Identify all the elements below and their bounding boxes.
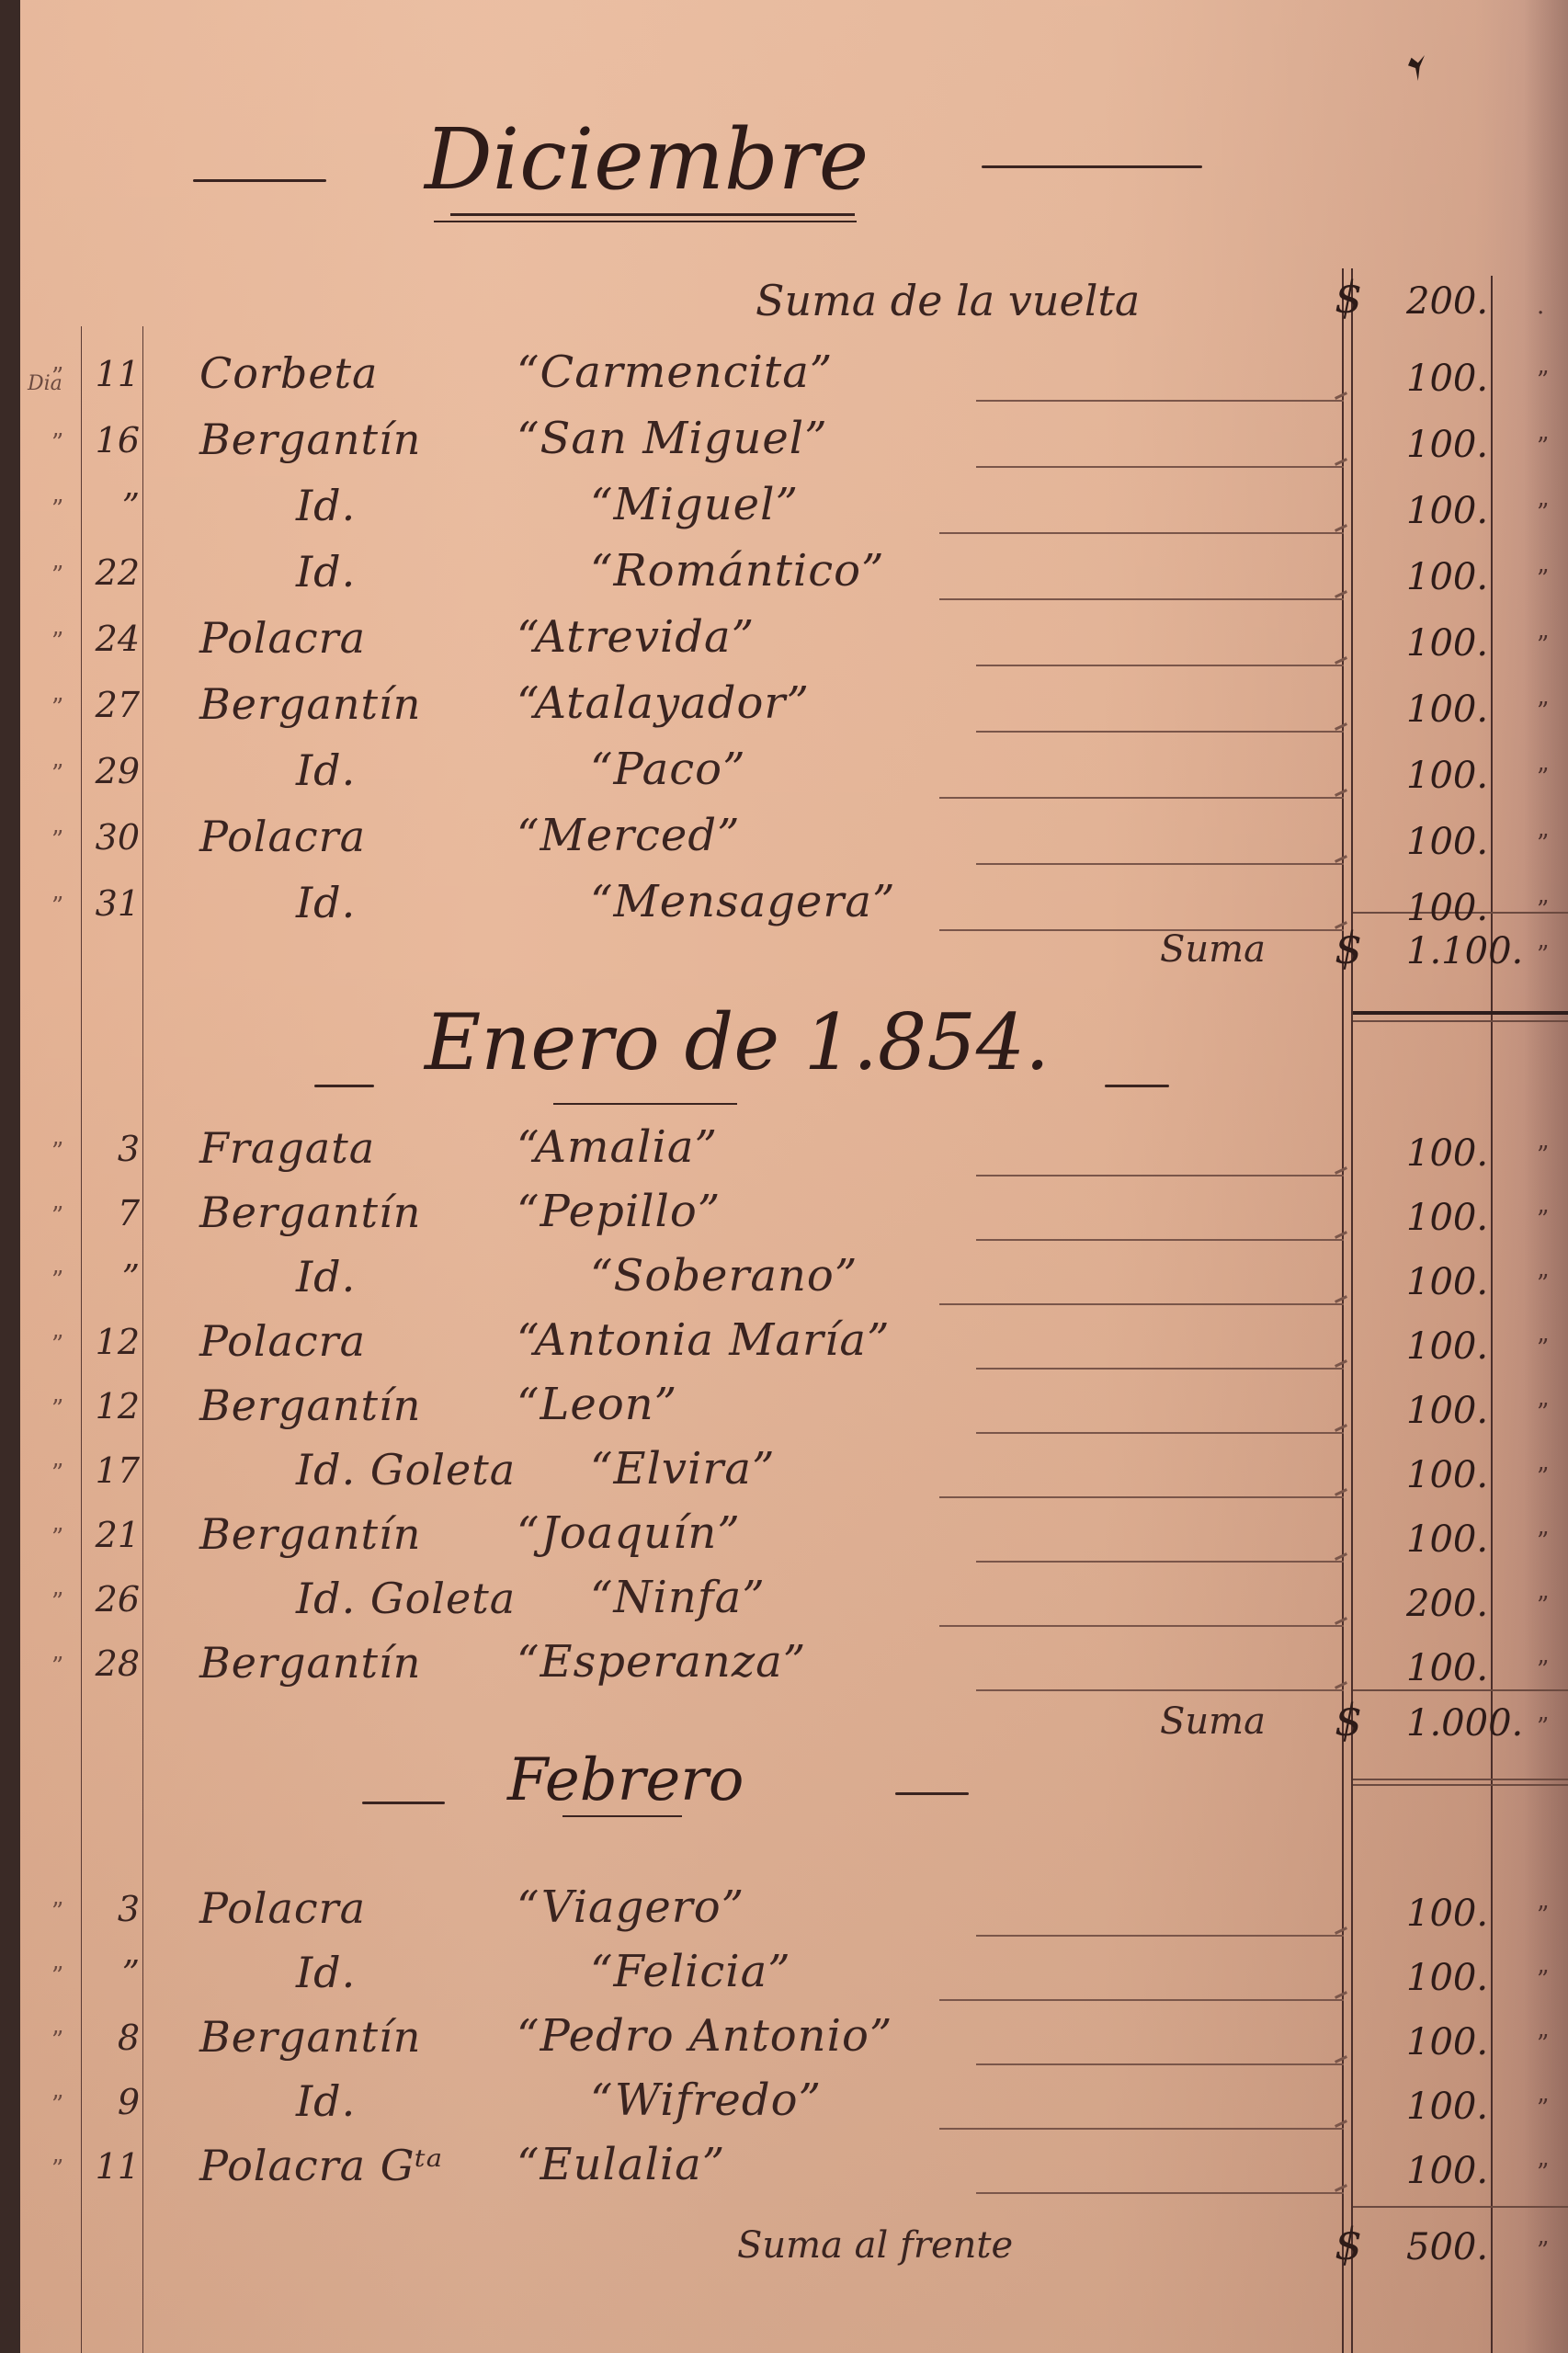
vessel-name: “Pepillo”	[517, 1186, 721, 1237]
currency-tick	[1335, 1991, 1347, 1999]
entry-fill-line	[976, 1689, 1344, 1691]
vessel-type: Id.	[296, 1252, 356, 1302]
vessel-type: Id. Goleta	[296, 1574, 516, 1623]
entry-amount: 100.	[1406, 1132, 1507, 1175]
vessel-name: “Wifredo”	[590, 2075, 822, 2126]
entry-day: 9	[66, 2082, 140, 2122]
section-heading-february: Febrero	[507, 1746, 744, 1814]
currency-tick	[1335, 1359, 1347, 1368]
ditto-mark: ”	[51, 562, 63, 589]
check-mark: ”	[1537, 1592, 1549, 1620]
entry-fill-line	[976, 1175, 1344, 1176]
check-mark: ”	[1537, 1142, 1549, 1169]
amount-column-rule-left-a	[1342, 268, 1344, 2353]
vessel-name: “Romántico”	[590, 545, 885, 597]
check-mark: ”	[1537, 830, 1549, 858]
ditto-mark: ”	[51, 1395, 63, 1423]
vessel-type: Id.	[296, 2076, 356, 2126]
vessel-type: Bergantín	[199, 1509, 421, 1559]
entry-fill-line	[976, 1432, 1344, 1434]
ditto-mark: ”	[51, 1460, 63, 1487]
heading-underline	[450, 213, 855, 216]
entry-amount: 100.	[1406, 688, 1507, 731]
vessel-name: “Merced”	[517, 810, 741, 861]
vessel-type: Bergantín	[199, 2012, 421, 2062]
entry-amount: 100.	[1406, 887, 1507, 929]
check-mark: ”	[1537, 2095, 1549, 2122]
entry-amount: 100.	[1406, 2086, 1507, 2128]
subtotal-rule	[1353, 2206, 1568, 2208]
check-mark: ”	[1537, 1713, 1549, 1741]
heading-underline	[553, 1103, 737, 1105]
entry-amount: 100.	[1406, 1957, 1507, 1999]
vessel-type: Polacra	[199, 613, 366, 663]
check-mark: ”	[1537, 565, 1549, 593]
currency-tick	[1335, 789, 1347, 797]
heading-dash-right	[1105, 1085, 1169, 1087]
vessel-type: Corbeta	[199, 348, 378, 398]
entry-fill-line	[939, 1303, 1344, 1305]
currency-symbol: $	[1335, 2219, 1363, 2270]
carried-forward-label: Suma de la vuelta	[756, 276, 1140, 325]
vessel-type: Bergantín	[199, 1188, 421, 1237]
check-mark: ”	[1537, 1270, 1549, 1298]
currency-tick	[1335, 458, 1347, 466]
vessel-name: “Viagero”	[517, 1881, 744, 1933]
entry-fill-line	[939, 797, 1344, 799]
currency-tick	[1335, 1424, 1347, 1432]
subtotal-rule	[1353, 1689, 1568, 1691]
entry-day: 12	[66, 1322, 140, 1362]
entry-day: 29	[66, 751, 140, 791]
check-mark: ”	[1537, 1902, 1549, 1929]
heading-dash-left	[314, 1085, 374, 1087]
ditto-mark: ”	[51, 1653, 63, 1680]
vessel-type: Polacra	[199, 1883, 366, 1933]
check-mark: ”	[1537, 1656, 1549, 1684]
day-column-rule	[142, 326, 143, 2353]
check-mark: ”	[1537, 2237, 1549, 2265]
vessel-name: “Felicia”	[590, 1946, 791, 1997]
entry-amount: 100.	[1406, 1261, 1507, 1303]
ditto-mark: ”	[51, 1524, 63, 1552]
vessel-type: Polacra	[199, 1316, 366, 1366]
entry-amount: 100.	[1406, 1647, 1507, 1689]
currency-tick	[1335, 1681, 1347, 1689]
entry-fill-line	[939, 2128, 1344, 2130]
entry-day: 26	[66, 1579, 140, 1620]
entry-amount: 100.	[1406, 821, 1507, 863]
entry-day: 24	[66, 619, 140, 659]
entry-amount: 100.	[1406, 1893, 1507, 1935]
entry-fill-line	[976, 731, 1344, 733]
vessel-name: “Atrevida”	[517, 611, 755, 663]
vessel-type: Id.	[296, 1948, 356, 1997]
total-double-rule-2	[1353, 1020, 1568, 1022]
entry-day: ”	[66, 1953, 140, 1994]
currency-tick	[1335, 2120, 1347, 2128]
section-total-amount: 1.100.	[1406, 930, 1507, 972]
check-mark: ”	[1537, 499, 1549, 527]
vessel-name: “Elvira”	[590, 1443, 776, 1495]
currency-tick	[1335, 722, 1347, 731]
ledger-page: Diciembre Suma de la vuelta $ 200. . Dia…	[20, 0, 1568, 2353]
currency-symbol: $	[1335, 923, 1363, 974]
entry-day: 3	[66, 1129, 140, 1169]
vessel-name: “Paco”	[590, 744, 746, 795]
heading-dash-right	[895, 1792, 969, 1795]
currency-tick	[1335, 2184, 1347, 2192]
entry-fill-line	[976, 665, 1344, 666]
ditto-mark: ”	[51, 2091, 63, 2119]
vessel-type: Polacra Gᵗᵃ	[199, 2141, 443, 2190]
check-mark: ”	[1537, 1399, 1549, 1427]
vessel-name: “Miguel”	[590, 479, 799, 530]
entry-fill-line	[976, 2063, 1344, 2065]
currency-tick	[1335, 1488, 1347, 1496]
entry-fill-line	[976, 466, 1344, 468]
entry-amount: 100.	[1406, 2021, 1507, 2063]
vessel-name: “Eulalia”	[517, 2139, 725, 2190]
page-edge-shadow	[1524, 0, 1568, 2353]
entry-day: 22	[66, 552, 140, 593]
entry-fill-line	[976, 1561, 1344, 1563]
vessel-name: “Soberano”	[590, 1250, 858, 1302]
check-mark: .	[1537, 292, 1544, 320]
heading-underline	[562, 1815, 682, 1817]
vessel-name: “San Miguel”	[517, 413, 828, 464]
currency-tick	[1335, 392, 1347, 400]
check-mark: ”	[1537, 1966, 1549, 1994]
section-total-amount: 1.000.	[1406, 1702, 1507, 1745]
paper-tear-mark	[1408, 55, 1425, 81]
entry-fill-line	[939, 598, 1344, 600]
entry-amount: 100.	[1406, 1454, 1507, 1496]
total-double-rule-2	[1353, 1784, 1568, 1786]
heading-underline-2	[434, 221, 857, 222]
ditto-mark: ”	[51, 628, 63, 655]
entry-fill-line	[939, 1999, 1344, 2001]
entry-amount: 100.	[1406, 1518, 1507, 1561]
currency-tick	[1335, 1617, 1347, 1625]
entry-amount: 100.	[1406, 1325, 1507, 1368]
vessel-name: “Joaquín”	[517, 1507, 741, 1559]
ditto-mark: ”	[51, 1202, 63, 1230]
entry-day: 11	[66, 2146, 140, 2187]
entry-amount: 100.	[1406, 1197, 1507, 1239]
check-mark: ”	[1537, 1528, 1549, 1555]
ditto-mark: ”	[51, 694, 63, 722]
entry-amount: 100.	[1406, 556, 1507, 598]
ditto-mark: ”	[51, 892, 63, 920]
entry-day: 31	[66, 883, 140, 924]
check-mark: ”	[1537, 2159, 1549, 2187]
entry-fill-line	[976, 1239, 1344, 1241]
entry-amount: 200.	[1406, 1583, 1507, 1625]
heading-dash-left	[362, 1802, 445, 1804]
vessel-type: Id.	[296, 878, 356, 927]
currency-tick	[1335, 855, 1347, 863]
entry-day: 3	[66, 1889, 140, 1929]
check-mark: ”	[1537, 2030, 1549, 2058]
entry-day: 17	[66, 1450, 140, 1491]
vessel-type: Id.	[296, 481, 356, 530]
check-mark: ”	[1537, 698, 1549, 725]
vessel-type: Polacra	[199, 812, 366, 861]
total-double-rule	[1353, 1011, 1568, 1015]
check-mark: ”	[1537, 764, 1549, 791]
ditto-mark: ”	[51, 429, 63, 457]
vessel-name: “Carmencita”	[517, 347, 833, 398]
vessel-name: “Atalayador”	[517, 677, 810, 729]
amount-column-rule-left-b	[1351, 268, 1353, 2353]
currency-symbol: $	[1335, 1695, 1363, 1746]
vessel-type: Id.	[296, 547, 356, 597]
section-total-label: Suma al frente	[737, 2224, 1013, 2267]
entry-fill-line	[939, 929, 1344, 931]
entry-fill-line	[939, 532, 1344, 534]
currency-tick	[1335, 1231, 1347, 1239]
check-mark: ”	[1537, 896, 1549, 924]
entry-day: 7	[66, 1193, 140, 1233]
vessel-type: Id.	[296, 745, 356, 795]
entry-fill-line	[976, 1368, 1344, 1370]
entry-day: 21	[66, 1515, 140, 1555]
currency-tick	[1335, 1552, 1347, 1561]
ditto-mark: ”	[51, 760, 63, 788]
carried-forward-amount: 200.	[1406, 280, 1507, 323]
vessel-type: Bergantín	[199, 679, 421, 729]
vessel-type: Bergantín	[199, 415, 421, 464]
section-total-label: Suma	[1160, 928, 1266, 971]
entry-amount: 100.	[1406, 622, 1507, 665]
currency-tick	[1335, 1927, 1347, 1935]
check-mark: ”	[1537, 1463, 1549, 1491]
section-total-label: Suma	[1160, 1700, 1266, 1743]
check-mark: ”	[1537, 1335, 1549, 1362]
currency-symbol: $	[1335, 272, 1363, 324]
currency-tick	[1335, 1295, 1347, 1303]
entry-day: ”	[66, 486, 140, 527]
section-total-amount: 500.	[1406, 2226, 1507, 2268]
vessel-name: “Esperanza”	[517, 1636, 806, 1688]
entry-day: 12	[66, 1386, 140, 1427]
entry-fill-line	[976, 400, 1344, 402]
check-mark: ”	[1537, 433, 1549, 460]
ditto-mark: ”	[51, 1331, 63, 1358]
entry-day: 30	[66, 817, 140, 858]
currency-tick	[1335, 590, 1347, 598]
entry-amount: 100.	[1406, 755, 1507, 797]
vessel-type: Bergantín	[199, 1638, 421, 1688]
check-mark: ”	[1537, 631, 1549, 659]
ditto-mark: ”	[51, 2027, 63, 2054]
ditto-mark: ”	[51, 1898, 63, 1926]
total-double-rule	[1353, 1779, 1568, 1780]
section-heading-january: Enero de 1.854.	[425, 997, 1050, 1087]
check-mark: ”	[1537, 367, 1549, 394]
ditto-mark: ”	[51, 2155, 63, 2183]
currency-tick	[1335, 524, 1347, 532]
entry-day: 16	[66, 420, 140, 460]
entry-amount: 100.	[1406, 2150, 1507, 2192]
currency-tick	[1335, 2055, 1347, 2063]
heading-dash-left	[193, 179, 326, 182]
entry-amount: 100.	[1406, 358, 1507, 400]
currency-tick	[1335, 656, 1347, 665]
ditto-mark: ”	[51, 1962, 63, 1990]
heading-dash-right	[982, 165, 1202, 168]
vessel-type: Id. Goleta	[296, 1445, 516, 1495]
entry-fill-line	[976, 863, 1344, 865]
vessel-name: “Antonia María”	[517, 1314, 890, 1366]
check-mark: ”	[1537, 1206, 1549, 1233]
entry-day: ”	[66, 1257, 140, 1298]
entry-amount: 100.	[1406, 1390, 1507, 1432]
check-mark: ”	[1537, 941, 1549, 969]
entry-fill-line	[976, 1935, 1344, 1937]
entry-amount: 100.	[1406, 424, 1507, 466]
ditto-mark: ”	[51, 495, 63, 523]
ditto-mark: ”	[51, 363, 63, 391]
vessel-name: “Leon”	[517, 1379, 677, 1430]
ditto-mark: ”	[51, 826, 63, 854]
vessel-name: “Ninfa”	[590, 1572, 766, 1623]
entry-day: 11	[66, 354, 140, 394]
entry-day: 28	[66, 1643, 140, 1684]
vessel-type: Bergantín	[199, 1381, 421, 1430]
ditto-mark: ”	[51, 1267, 63, 1294]
currency-tick	[1335, 1166, 1347, 1175]
entry-day: 27	[66, 685, 140, 725]
entry-amount: 100.	[1406, 490, 1507, 532]
entry-fill-line	[976, 2192, 1344, 2194]
ditto-mark: ”	[51, 1138, 63, 1165]
vessel-name: “Amalia”	[517, 1121, 718, 1173]
entry-fill-line	[939, 1625, 1344, 1627]
vessel-type: Fragata	[199, 1123, 375, 1173]
ditto-mark: ”	[51, 1588, 63, 1616]
vessel-name: “Mensagera”	[590, 876, 896, 927]
entry-day: 8	[66, 2018, 140, 2058]
vessel-name: “Pedro Antonio”	[517, 2010, 892, 2062]
entry-fill-line	[939, 1496, 1344, 1498]
section-heading-december: Diciembre	[425, 110, 869, 209]
